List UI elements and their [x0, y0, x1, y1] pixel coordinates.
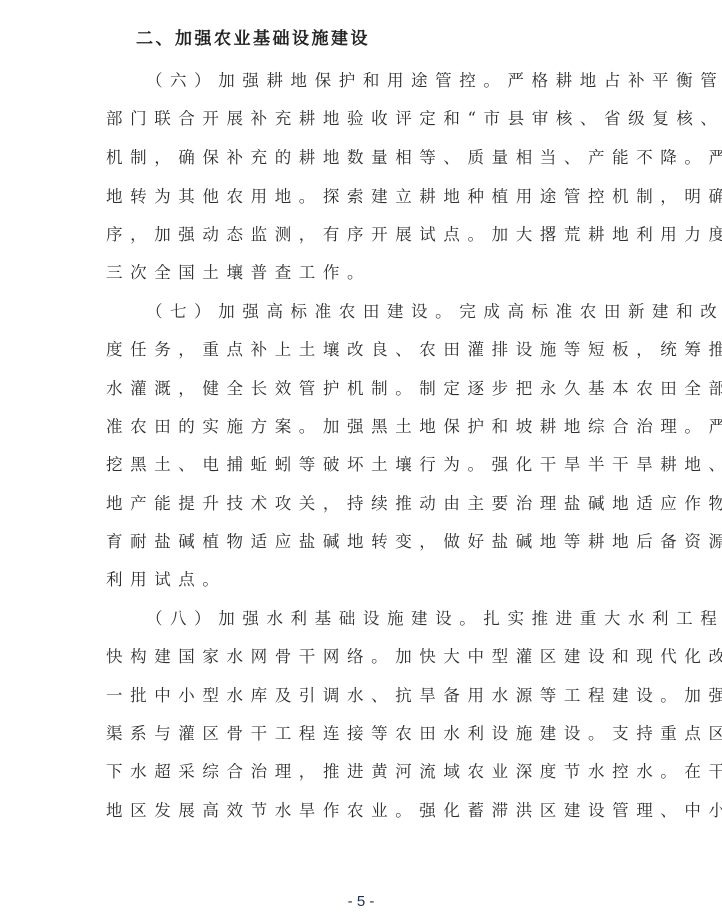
paragraph-eight-line: 渠系与灌区骨干工程连接等农田水利设施建设。支持重点区域开展地 [106, 720, 626, 744]
paragraph-seven-line: 地产能提升技术攻关，持续推动由主要治理盐碱地适应作物向更多选 [106, 490, 626, 514]
section-heading: 二、加强农业基础设施建设 [136, 24, 370, 49]
paragraph-six-line: 地转为其他农用地。探索建立耕地种植用途管控机制，明确利用优先 [106, 183, 626, 207]
paragraph-seven-line: 利用试点。 [106, 566, 626, 590]
paragraph-six-line: 三次全国土壤普查工作。 [106, 259, 626, 283]
paragraph-seven-line: 水灌溉，健全长效管护机制。制定逐步把永久基本农田全部建成高标 [106, 375, 626, 399]
paragraph-seven-line: （七）加强高标准农田建设。完成高标准农田新建和改造提升年 [106, 298, 626, 322]
paragraph-six-line: （六）加强耕地保护和用途管控。严格耕地占补平衡管理，实行 [106, 67, 626, 91]
paragraph-six-line: 序，加强动态监测，有序开展试点。加大撂荒耕地利用力度。做好第 [106, 221, 626, 245]
paragraph-seven-line: 育耐盐碱植物适应盐碱地转变，做好盐碱地等耕地后备资源综合开发 [106, 528, 626, 552]
paragraph-six-line: 机制，确保补充的耕地数量相等、质量相当、产能不降。严格控制耕 [106, 144, 626, 168]
paragraph-seven-line: 度任务，重点补上土壤改良、农田灌排设施等短板，统筹推进高效节 [106, 336, 626, 360]
paragraph-eight-line: 下水超采综合治理，推进黄河流域农业深度节水控水。在干旱半干旱 [106, 758, 626, 782]
paragraph-seven-line: 挖黑土、电捕蚯蚓等破坏土壤行为。强化干旱半干旱耕地、红黄壤耕 [106, 451, 626, 475]
page-number: - 5 - [0, 893, 722, 910]
paragraph-seven-line: 准农田的实施方案。加强黑土地保护和坡耕地综合治理。严厉打击盗 [106, 413, 626, 437]
paragraph-eight-line: 地区发展高效节水旱作农业。强化蓄滞洪区建设管理、中小河流治理、 [106, 797, 626, 821]
paragraph-six-line: 部门联合开展补充耕地验收评定和“市县审核、省级复核、社会监督” [106, 105, 626, 129]
paragraph-eight-line: 一批中小型水库及引调水、抗旱备用水源等工程建设。加强田间地头 [106, 682, 626, 706]
paragraph-eight-line: （八）加强水利基础设施建设。扎实推进重大水利工程建设，加 [106, 605, 626, 629]
paragraph-eight-line: 快构建国家水网骨干网络。加快大中型灌区建设和现代化改造。实施 [106, 643, 626, 667]
